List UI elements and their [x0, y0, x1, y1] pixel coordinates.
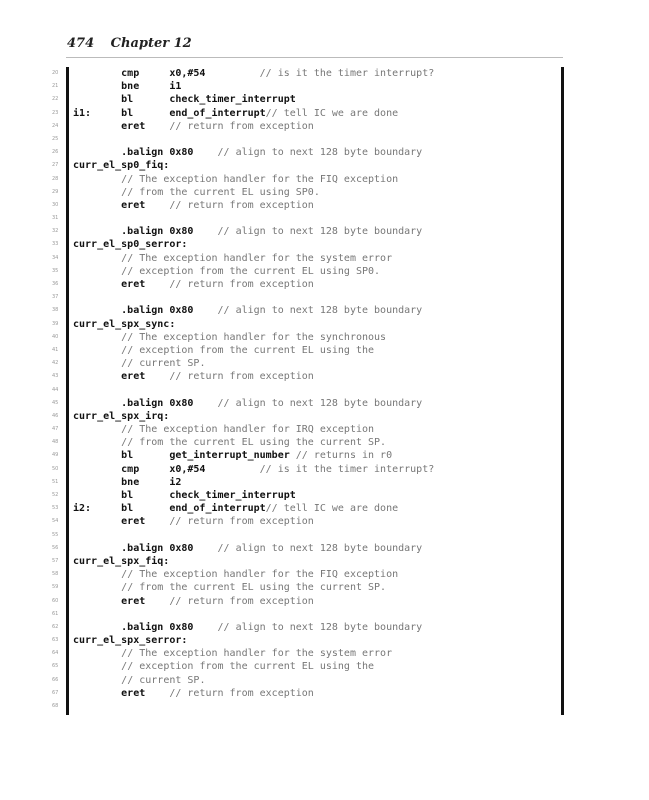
code-comment: // align to next 128 byte boundary — [193, 622, 422, 633]
line-number: 50 — [52, 463, 64, 476]
line-number: 48 — [52, 436, 64, 449]
line-number: 67 — [52, 687, 64, 700]
code-comment: // align to next 128 byte boundary — [193, 398, 422, 409]
line-number: 46 — [52, 410, 64, 423]
code-comment: // returns in r0 — [290, 450, 392, 461]
line-number: 26 — [52, 146, 64, 159]
line-number: 30 — [52, 199, 64, 212]
code-text — [73, 266, 121, 277]
line-number: 20 — [52, 67, 64, 80]
line-number: 68 — [52, 700, 64, 713]
code-comment: // The exception handler for the FIQ exc… — [121, 569, 398, 580]
header-rule — [66, 57, 563, 58]
code-text: curr_el_spx_serror: — [73, 635, 187, 646]
code-comment: // return from exception — [145, 688, 314, 699]
page-number: 474 — [67, 36, 94, 51]
code-left-bar — [66, 67, 69, 715]
code-text: curr_el_sp0_fiq: — [73, 160, 169, 171]
line-number: 44 — [52, 384, 64, 397]
code-comment: // tell IC we are done — [266, 108, 398, 119]
line-number: 54 — [52, 515, 64, 528]
line-number: 38 — [52, 304, 64, 317]
line-number: 63 — [52, 634, 64, 647]
line-number: 58 — [52, 568, 64, 581]
code-text: cmp x0,#54 — [73, 464, 205, 475]
line-number: 22 — [52, 93, 64, 106]
line-number: 32 — [52, 225, 64, 238]
code-text: bne i2 — [73, 477, 181, 488]
code-right-bar — [561, 67, 564, 715]
code-text: bl check_timer_interrupt — [73, 94, 296, 105]
code-text: eret — [73, 516, 145, 527]
code-text: .balign 0x80 — [73, 305, 193, 316]
code-comment: // return from exception — [145, 371, 314, 382]
code-comment: // tell IC we are done — [266, 503, 398, 514]
page-header: 474 Chapter 12 — [67, 36, 192, 51]
code-text: eret — [73, 200, 145, 211]
code-text: bl check_timer_interrupt — [73, 490, 296, 501]
line-number: 25 — [52, 133, 64, 146]
code-comment: // current SP. — [121, 358, 205, 369]
code-text: i1: bl end_of_interrupt — [73, 108, 266, 119]
code-comment: // return from exception — [145, 121, 314, 132]
line-number: 40 — [52, 331, 64, 344]
line-number: 66 — [52, 674, 64, 687]
code-text — [73, 661, 121, 672]
code-comment: // is it the timer interrupt? — [205, 464, 434, 475]
code-text: .balign 0x80 — [73, 226, 193, 237]
code-text — [73, 437, 121, 448]
code-text: cmp x0,#54 — [73, 68, 205, 79]
code-text — [73, 675, 121, 686]
code-text — [73, 345, 121, 356]
line-number: 42 — [52, 357, 64, 370]
code-comment: // align to next 128 byte boundary — [193, 305, 422, 316]
code-text — [73, 332, 121, 343]
code-text: eret — [73, 596, 145, 607]
code-text — [73, 582, 121, 593]
line-number: 24 — [52, 120, 64, 133]
code-comment: // The exception handler for the synchro… — [121, 332, 386, 343]
line-number: 21 — [52, 80, 64, 93]
line-number: 65 — [52, 660, 64, 673]
line-number: 27 — [52, 159, 64, 172]
code-text: curr_el_sp0_serror: — [73, 239, 187, 250]
code-text — [73, 174, 121, 185]
line-number: 28 — [52, 173, 64, 186]
code-comment: // The exception handler for the system … — [121, 253, 392, 264]
code-comment: // align to next 128 byte boundary — [193, 147, 422, 158]
line-number: 59 — [52, 581, 64, 594]
code-text — [73, 424, 121, 435]
line-number: 43 — [52, 370, 64, 383]
code-comment: // exception from the current EL using t… — [121, 345, 374, 356]
code-comment: // is it the timer interrupt? — [205, 68, 434, 79]
code-comment: // The exception handler for the system … — [121, 648, 392, 659]
code-text — [73, 187, 121, 198]
line-number: 51 — [52, 476, 64, 489]
line-number: 31 — [52, 212, 64, 225]
code-text: .balign 0x80 — [73, 543, 193, 554]
line-number: 23 — [52, 107, 64, 120]
code-comment: // return from exception — [145, 516, 314, 527]
line-number: 60 — [52, 595, 64, 608]
code-text: curr_el_spx_fiq: — [73, 556, 169, 567]
code-text — [73, 358, 121, 369]
code-comment: // from the current EL using the current… — [121, 582, 386, 593]
code-comment: // return from exception — [145, 596, 314, 607]
code-text — [73, 569, 121, 580]
code-comment: // from the current EL using the current… — [121, 437, 386, 448]
code-text: bl get_interrupt_number — [73, 450, 290, 461]
line-number: 41 — [52, 344, 64, 357]
line-number: 49 — [52, 449, 64, 462]
code-text: .balign 0x80 — [73, 398, 193, 409]
code-comment: // return from exception — [145, 279, 314, 290]
line-number: 55 — [52, 529, 64, 542]
code-text: curr_el_spx_sync: — [73, 319, 175, 330]
code-comment: // current SP. — [121, 675, 205, 686]
line-number: 34 — [52, 252, 64, 265]
code-comment: // exception from the current EL using S… — [121, 266, 380, 277]
code-comment: // align to next 128 byte boundary — [193, 543, 422, 554]
line-number: 53 — [52, 502, 64, 515]
line-number: 61 — [52, 608, 64, 621]
code-text: eret — [73, 121, 145, 132]
code-text: bne i1 — [73, 81, 181, 92]
code-comment: // return from exception — [145, 200, 314, 211]
code-comment: // The exception handler for IRQ excepti… — [121, 424, 374, 435]
code-comment: // exception from the current EL using t… — [121, 661, 374, 672]
code-comment: // The exception handler for the FIQ exc… — [121, 174, 398, 185]
line-number: 56 — [52, 542, 64, 555]
code-text — [73, 253, 121, 264]
code-text — [73, 648, 121, 659]
code-text: curr_el_spx_irq: — [73, 411, 169, 422]
line-number: 52 — [52, 489, 64, 502]
code-text: eret — [73, 688, 145, 699]
code-text: .balign 0x80 — [73, 622, 193, 633]
line-number: 33 — [52, 238, 64, 251]
line-number: 47 — [52, 423, 64, 436]
line-number: 57 — [52, 555, 64, 568]
line-number: 45 — [52, 397, 64, 410]
line-number: 29 — [52, 186, 64, 199]
code-text: i2: bl end_of_interrupt — [73, 503, 266, 514]
line-number: 36 — [52, 278, 64, 291]
code-text: .balign 0x80 — [73, 147, 193, 158]
chapter-title: Chapter 12 — [111, 36, 192, 51]
line-number: 39 — [52, 318, 64, 331]
line-number: 64 — [52, 647, 64, 660]
line-number: 62 — [52, 621, 64, 634]
code-comment: // from the current EL using SP0. — [121, 187, 320, 198]
code-text: eret — [73, 371, 145, 382]
code-text: eret — [73, 279, 145, 290]
line-number: 35 — [52, 265, 64, 278]
code-comment: // align to next 128 byte boundary — [193, 226, 422, 237]
line-number: 37 — [52, 291, 64, 304]
